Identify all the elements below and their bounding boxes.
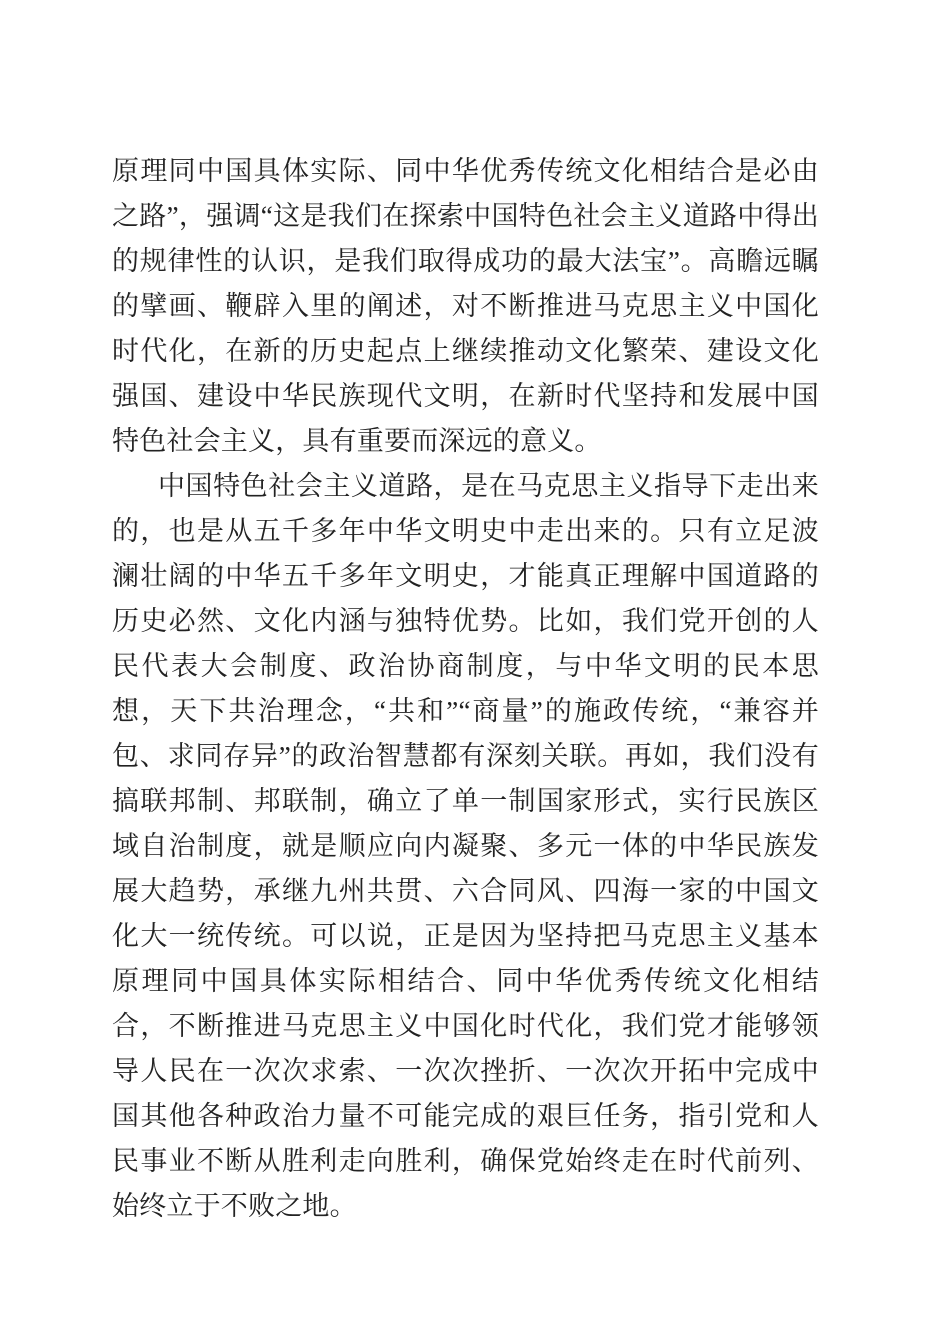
document-body-text: 原理同中国具体实际、同中华优秀传统文化相结合是必由之路”，强调“这是我们在探索中… [112,149,819,1229]
document-page: 原理同中国具体实际、同中华优秀传统文化相结合是必由之路”，强调“这是我们在探索中… [0,0,950,1344]
paragraph-continuation: 原理同中国具体实际、同中华优秀传统文化相结合是必由之路”，强调“这是我们在探索中… [112,149,819,464]
paragraph-china-path: 中国特色社会主义道路，是在马克思主义指导下走出来的，也是从五千多年中华文明史中走… [112,464,819,1229]
